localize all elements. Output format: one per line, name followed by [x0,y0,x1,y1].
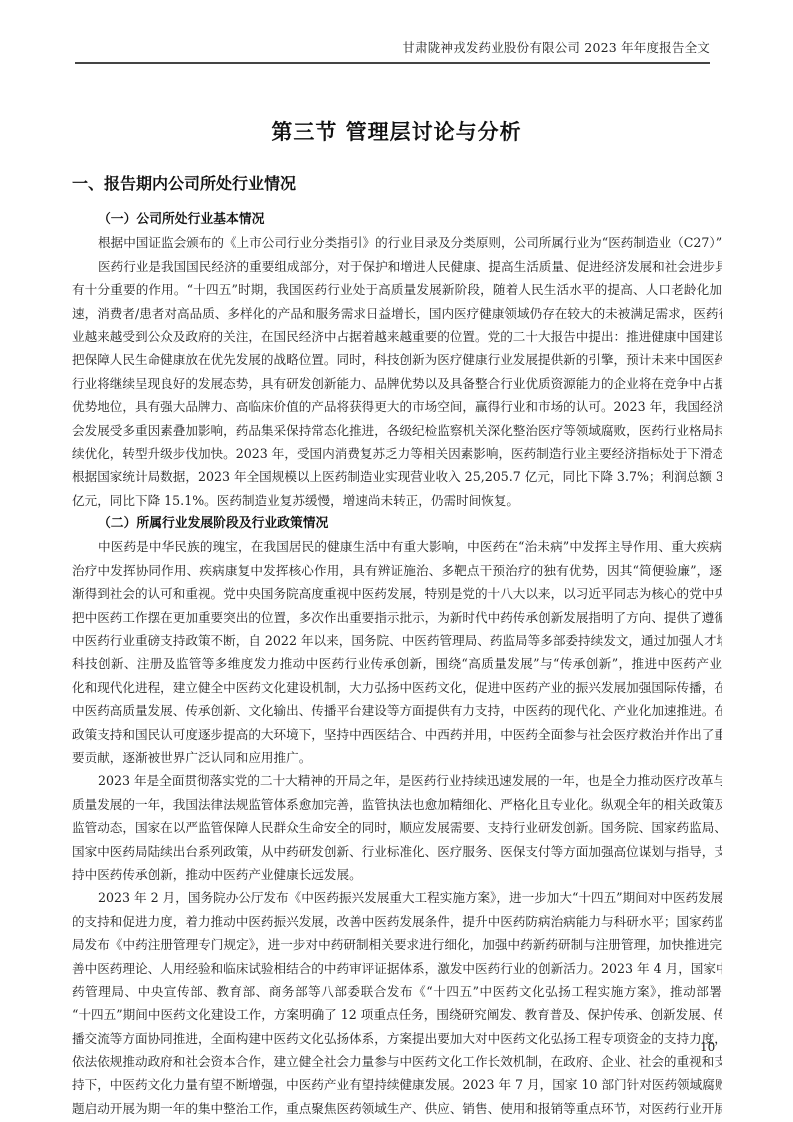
text-line: 的支持和促进力度，着力推动中医药振兴发展，改善中医药发展条件，提升中医药防病治病… [72,910,722,933]
paragraph: 2023 年是全面贯彻落实党的二十大精神的开局之年，是医药行业持续迅速发展的一年… [72,769,722,886]
text-line: 亿元，同比下降 15.1%。医药制造业复苏缓慢，增速尚未转正，仍需时间恢复。 [72,489,722,512]
paragraph: 根据中国证监会颁布的《上市公司行业分类指引》的行业目录及分类原则，公司所属行业为… [72,231,722,254]
text-line: 国家中医药局陆续出台系列政策，从中药研发创新、行业标准化、医疗服务、医保支付等方… [72,840,722,863]
paragraph: 医药行业是我国国民经济的重要组成部分，对于保护和增进人民健康、提高生活质量、促进… [72,255,722,512]
document-page: 甘肃陇神戎发药业股份有限公司 2023 年年度报告全文 第三节 管理层讨论与分析… [0,0,793,1122]
page-number: 10 [700,1040,715,1054]
text-line: 渐得到社会的认可和重视。党中央国务院高度重视中医药发展，特别是党的十八大以来，以… [72,582,722,605]
body-text: （一）公司所处行业基本情况 根据中国证监会颁布的《上市公司行业分类指引》的行业目… [72,208,722,1120]
text-line: 中医药是中华民族的瑰宝，在我国居民的健康生活中有重大影响，中医药在“治未病”中发… [72,535,722,558]
chapter-title: 第三节 管理层讨论与分析 [0,116,793,146]
text-line: 监管动态，国家在以严监管保障人民群众生命安全的同时，顺应发展需要、支持行业研发创… [72,816,722,839]
text-line: 优势地位，具有强大品牌力、高临床价值的产品将获得更大的市场空间，赢得行业和市场的… [72,395,722,418]
text-line: 善中医药理论、人用经验和临床试验相结合的中药审评证据体系，激发中医药行业的创新活… [72,957,722,980]
text-line: 题启动开展为期一年的集中整治工作，重点聚焦医药领域生产、供应、销售、使用和报销等… [72,1097,722,1120]
header-rule [75,62,710,64]
text-line: 医药行业是我国国民经济的重要组成部分，对于保护和增进人民健康、提高生活质量、促进… [72,255,722,278]
running-header: 甘肃陇神戎发药业股份有限公司 2023 年年度报告全文 [75,38,710,56]
text-line: 持中医药传承创新，推动中医药产业健康长远发展。 [72,863,722,886]
text-line: 2023 年是全面贯彻落实党的二十大精神的开局之年，是医药行业持续迅速发展的一年… [72,769,722,792]
text-line: 会发展受多重因素叠加影响，药品集采保持常态化推进，各级纪检监察机关深化整治医疗等… [72,419,722,442]
text-line: “十四五”期间中医药文化建设工作，方案明确了 12 项重点任务，围绕研究阐发、教… [72,1003,722,1026]
text-line: 要贡献，逐渐被世界广泛认同和应用推广。 [72,746,722,769]
text-line: 治疗中发挥协同作用、疾病康复中发挥核心作用，具有辨证施治、多靶点干预治疗的独有优… [72,559,722,582]
paragraph: 2023 年 2 月，国务院办公厅发布《中医药振兴发展重大工程实施方案》，进一步… [72,886,722,1120]
section-heading: 一、报告期内公司所处行业情况 [72,171,296,194]
text-line: 中医药高质量发展、传承创新、文化输出、传播平台建设等方面提供有力支持，中医药的现… [72,699,722,722]
text-line: 持下，中医药文化力量有望不断增强，中医药产业有望持续健康发展。2023 年 7 … [72,1073,722,1096]
text-line: 2023 年 2 月，国务院办公厅发布《中医药振兴发展重大工程实施方案》，进一步… [72,886,722,909]
text-line: 科技创新、注册及监管等多维度发力推动中医药行业传承创新，围绕“高质量发展”与“传… [72,652,722,675]
text-line: 业越来越受到公众及政府的关注，在国民经济中占据着越来越重要的位置。党的二十大报告… [72,325,722,348]
text-line: 续优化，转型升级步伐加快。2023 年，受国内消费复苏乏力等相关因素影响，医药制… [72,442,722,465]
text-line: 根据国家统计局数据，2023 年全国规模以上医药制造业实现营业收入 25,205… [72,465,722,488]
paragraph: 中医药是中华民族的瑰宝，在我国居民的健康生活中有重大影响，中医药在“治未病”中发… [72,535,722,769]
text-line: 质量发展的一年，我国法律法规监管体系愈加完善，监管执法也愈加精细化、严格化且专业… [72,793,722,816]
text-line: 药管理局、中央宣传部、教育部、商务部等八部委联合发布《“十四五”中医药文化弘扬工… [72,980,722,1003]
text-line: 速，消费者/患者对高品质、多样化的产品和服务需求日益增长，国内医疗健康领域仍存在… [72,302,722,325]
text-line: 根据中国证监会颁布的《上市公司行业分类指引》的行业目录及分类原则，公司所属行业为… [72,231,722,254]
text-line: 化和现代化进程，建立健全中医药文化建设机制，大力弘扬中医药文化，促进中医药产业的… [72,676,722,699]
text-line: 有十分重要的作用。“十四五”时期，我国医药行业处于高质量发展新阶段，随着人民生活… [72,278,722,301]
text-line: 把保障人民生命健康放在优先发展的战略位置。同时，科技创新为医疗健康行业发展提供新… [72,348,722,371]
text-line: 行业将继续呈现良好的发展态势，具有研发创新能力、品牌优势以及具备整合行业优质资源… [72,372,722,395]
text-line: 政策支持和国民认可度逐步提高的大环境下，坚持中西医结合、中西药并用，中医药全面参… [72,723,722,746]
subsection-heading-2: （二）所属行业发展阶段及行业政策情况 [72,512,722,535]
text-line: 中医药行业重磅支持政策不断，自 2022 年以来，国务院、中医药管理局、药监局等… [72,629,722,652]
text-line: 局发布《中药注册管理专门规定》，进一步对中药研制相关要求进行细化，加强中药新药研… [72,933,722,956]
text-line: 把中医药工作摆在更加重要突出的位置，多次作出重要指示批示，为新时代中药传承创新发… [72,606,722,629]
text-line: 依法依规推动政府和社会资本合作，建立健全社会力量参与中医药文化工作长效机制，在政… [72,1050,722,1073]
text-line: 播交流等方面协同推进，全面构建中医药文化弘扬体系，方案提出要加大对中医药文化弘扬… [72,1027,722,1050]
subsection-heading-1: （一）公司所处行业基本情况 [72,208,722,231]
